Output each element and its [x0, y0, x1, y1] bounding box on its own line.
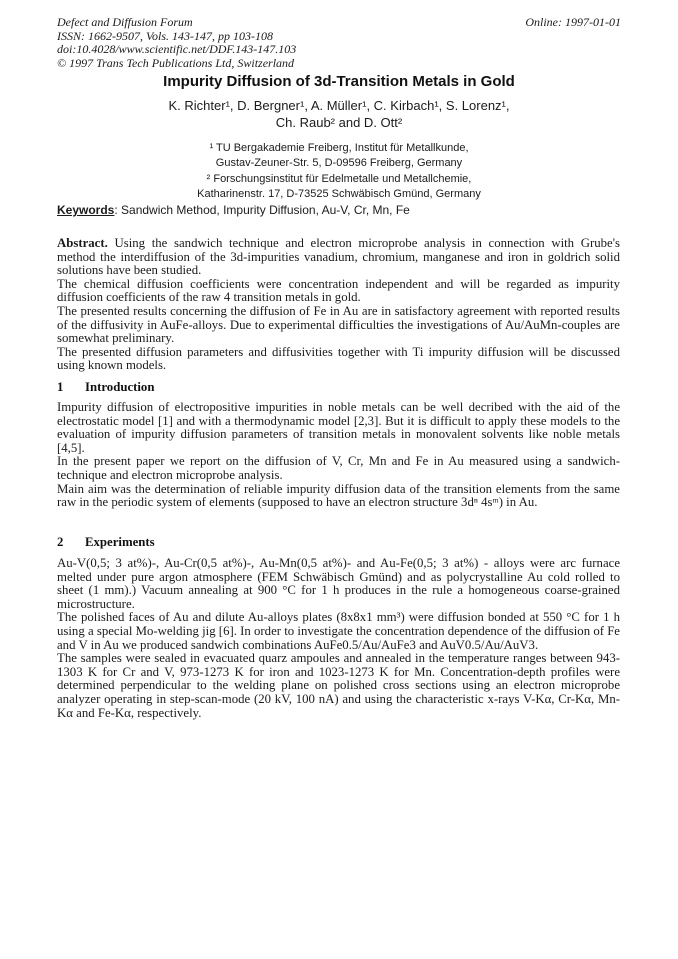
experiments-paragraph-3: The samples were sealed in evacuated qua…	[57, 652, 620, 720]
abstract-paragraph-1-text: Using the sandwich technique and electro…	[57, 236, 620, 277]
section-heading-introduction: 1Introduction	[57, 380, 620, 395]
affiliation-1-line-2: Gustav-Zeuner-Str. 5, D-09596 Freiberg, …	[0, 156, 678, 171]
abstract: Abstract. Using the sandwich technique a…	[57, 237, 620, 373]
affiliation-2: ² Forschungsinstitut für Edelmetalle und…	[0, 172, 678, 202]
paper-page: Defect and Diffusion Forum ISSN: 1662-95…	[0, 0, 678, 959]
online-date: Online: 1997-01-01	[525, 16, 621, 30]
keywords-text: : Sandwich Method, Impurity Diffusion, A…	[114, 203, 409, 217]
abstract-paragraph-1: Abstract. Using the sandwich technique a…	[57, 237, 620, 278]
keywords-label: Keywords	[57, 203, 114, 217]
section-1-number: 1	[57, 380, 85, 395]
experiments-paragraph-1: Au-V(0,5; 3 at%)-, Au-Cr(0,5 at%)-, Au-M…	[57, 557, 620, 611]
affiliation-1-line-1: ¹ TU Bergakademie Freiberg, Institut für…	[0, 141, 678, 156]
affiliation-2-line-1: ² Forschungsinstitut für Edelmetalle und…	[0, 172, 678, 187]
abstract-paragraph-2: The chemical diffusion coefficients were…	[57, 278, 620, 305]
introduction-paragraph-3: Main aim was the determination of reliab…	[57, 483, 620, 510]
abstract-paragraph-4: The presented diffusion parameters and d…	[57, 346, 620, 373]
section-1-title: Introduction	[85, 380, 154, 394]
introduction-paragraph-2: In the present paper we report on the di…	[57, 455, 620, 482]
introduction-paragraph-1: Impurity diffusion of electropositive im…	[57, 401, 620, 455]
copyright-line: © 1997 Trans Tech Publications Ltd, Swit…	[57, 57, 296, 71]
section-2-number: 2	[57, 535, 85, 550]
affiliation-1: ¹ TU Bergakademie Freiberg, Institut für…	[0, 141, 678, 171]
keywords-line: Keywords: Sandwich Method, Impurity Diff…	[57, 203, 620, 217]
paper-title: Impurity Diffusion of 3d-Transition Meta…	[0, 73, 678, 90]
abstract-paragraph-3: The presented results concerning the dif…	[57, 305, 620, 346]
journal-name: Defect and Diffusion Forum	[57, 16, 296, 30]
authors-line-2: Ch. Raub² and D. Ott²	[0, 115, 678, 130]
doi-line: doi:10.4028/www.scientific.net/DDF.143-1…	[57, 43, 296, 57]
affiliation-2-line-2: Katharinenstr. 17, D-73525 Schwäbisch Gm…	[0, 187, 678, 202]
journal-header: Defect and Diffusion Forum ISSN: 1662-95…	[57, 16, 296, 70]
section-heading-experiments: 2Experiments	[57, 535, 620, 550]
section-2-title: Experiments	[85, 535, 155, 549]
experiments-text: Au-V(0,5; 3 at%)-, Au-Cr(0,5 at%)-, Au-M…	[57, 557, 620, 720]
abstract-label: Abstract.	[57, 236, 108, 250]
authors-line-1: K. Richter¹, D. Bergner¹, A. Müller¹, C.…	[0, 98, 678, 113]
introduction-text: Impurity diffusion of electropositive im…	[57, 401, 620, 510]
experiments-paragraph-2: The polished faces of Au and dilute Au-a…	[57, 611, 620, 652]
issn-line: ISSN: 1662-9507, Vols. 143-147, pp 103-1…	[57, 30, 296, 44]
